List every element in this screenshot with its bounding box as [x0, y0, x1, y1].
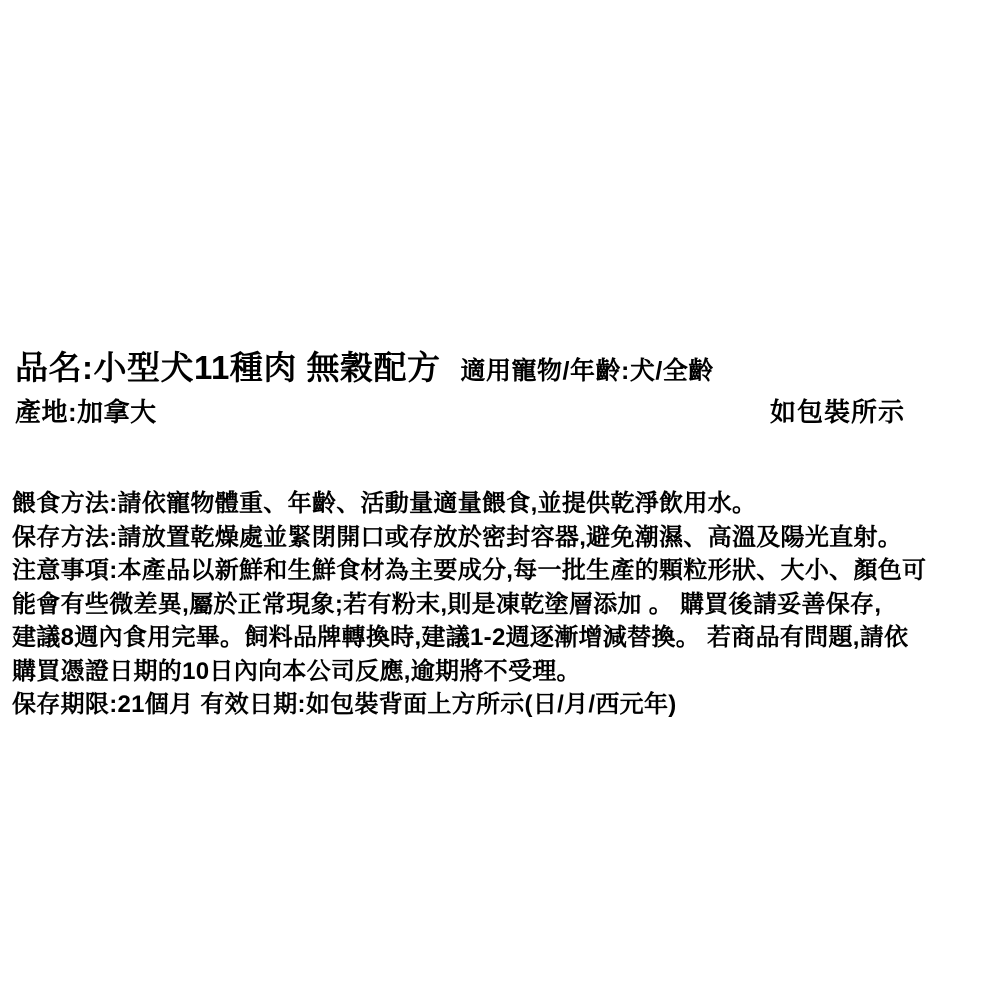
body-line-shelf-life: 保存期限:21個月 有效日期:如包裝背面上方所示(日/月/西元年)	[12, 688, 990, 722]
body-line-notice-1: 注意事項:本產品以新鮮和生鮮食材為主要成分,每一批生產的顆粒形狀、大小、顏色可	[12, 554, 990, 588]
body-line-notice-3: 建議8週內食用完畢。飼料品牌轉換時,建議1-2週逐漸增減替換。 若商品有問題,請…	[12, 621, 990, 655]
origin-row: 產地:加拿大 如包裝所示	[15, 392, 905, 429]
body-line-notice-2: 能會有些微差異,屬於正常現象;若有粉末,則是凍乾塗層添加 。 購買後請妥善保存,	[12, 588, 990, 622]
body-text-block: 餵食方法:請依寵物體重、年齡、活動量適量餵食,並提供乾淨飲用水。 保存方法:請放…	[12, 487, 990, 722]
packaging-note: 如包裝所示	[770, 392, 905, 429]
body-line-feeding: 餵食方法:請依寵物體重、年齡、活動量適量餵食,並提供乾淨飲用水。	[12, 487, 990, 521]
body-line-storage: 保存方法:請放置乾燥處並緊閉開口或存放於密封容器,避免潮濕、高溫及陽光直射。	[12, 521, 990, 555]
body-line-notice-4: 購買憑證日期的10日內向本公司反應,逾期將不受理。	[12, 655, 990, 689]
origin-text: 產地:加拿大	[15, 392, 157, 429]
product-label-page: 品名:小型犬11種肉 無穀配方 適用寵物/年齡:犬/全齡 產地:加拿大 如包裝所…	[0, 0, 1000, 1000]
product-name: 品名:小型犬11種肉 無穀配方	[15, 342, 441, 389]
title-row: 品名:小型犬11種肉 無穀配方 適用寵物/年齡:犬/全齡	[15, 342, 714, 389]
pet-age-note: 適用寵物/年齡:犬/全齡	[461, 351, 714, 387]
